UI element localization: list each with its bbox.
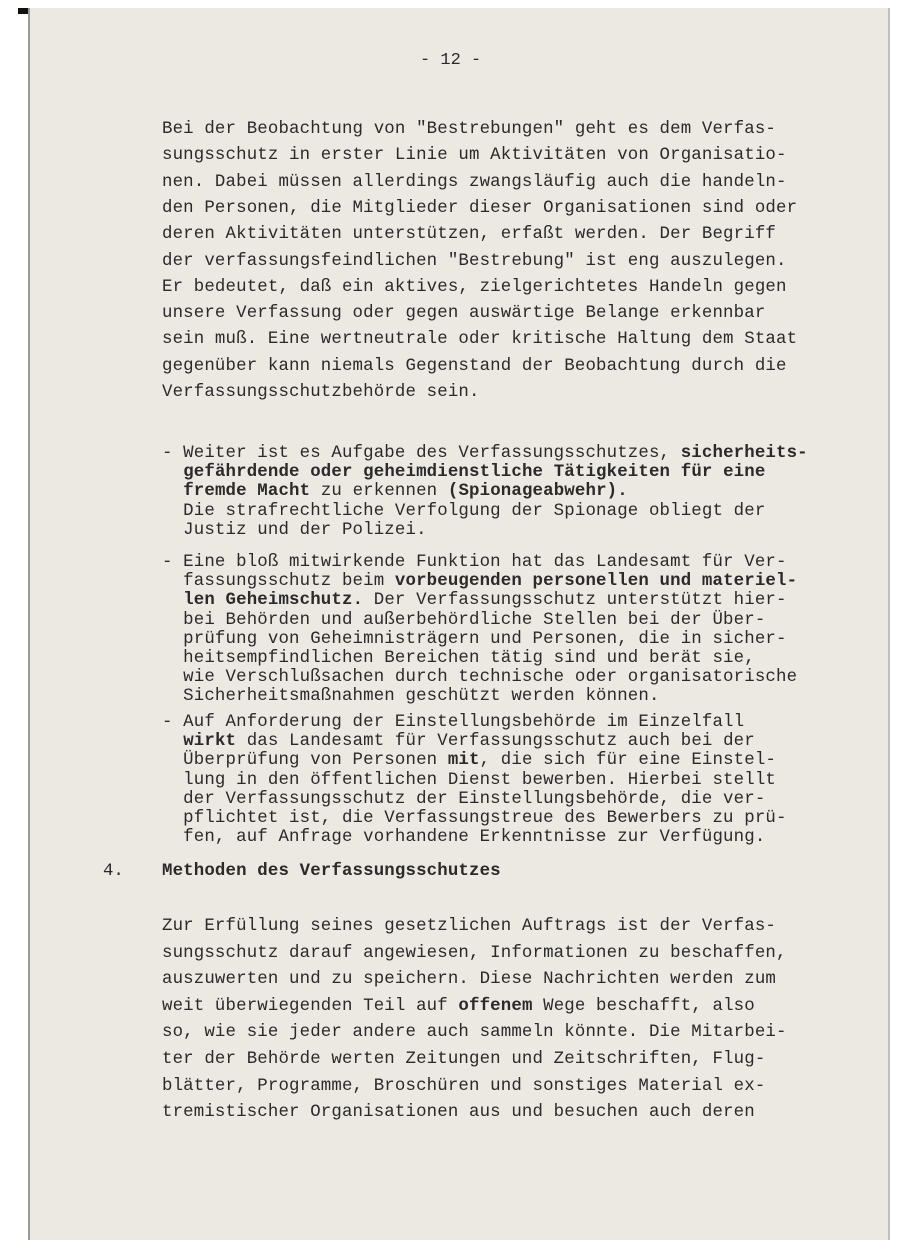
text-run: weit überwiegenden Teil auf <box>162 997 458 1016</box>
text-run: tremistischer Organisationen aus und bes… <box>162 1103 755 1122</box>
text-line: gegenüber kann niemals Gegenstand der Be… <box>162 357 787 377</box>
bullet-line: Die strafrechtliche Verfolgung der Spion… <box>162 502 765 522</box>
bullet-line: Justiz und der Polizei. <box>162 521 427 541</box>
text-run: - Auf Anforderung der Einstellungsbehörd… <box>162 713 744 732</box>
text-line: den Personen, die Mitglieder dieser Orga… <box>162 199 797 219</box>
text-line: Verfassungsschutzbehörde sein. <box>162 383 480 403</box>
bullet-line: len Geheimschutz. Der Verfassungsschutz … <box>162 591 787 611</box>
text-line: Zur Erfüllung seines gesetzlichen Auftra… <box>162 917 776 937</box>
bullet-line: wirkt das Landesamt für Verfassungsschut… <box>162 732 755 752</box>
text-run: - Weiter ist es Aufgabe des Verfassungss… <box>162 444 681 463</box>
bullet-line: bei Behörden und außerbehördliche Stelle… <box>162 611 765 631</box>
text-run: Die strafrechtliche Verfolgung der Spion… <box>162 502 765 521</box>
bullet-line: fen, auf Anfrage vorhandene Erkenntnisse… <box>162 828 765 848</box>
text-line: deren Aktivitäten unterstützen, erfaßt w… <box>162 225 776 245</box>
bullet-line: Sicherheitsmaßnahmen geschützt werden kö… <box>162 687 660 707</box>
text-run <box>162 591 183 610</box>
text-line: blätter, Programme, Broschüren und sonst… <box>162 1077 765 1097</box>
text-run: - Eine bloß mitwirkende Funktion hat das… <box>162 553 787 572</box>
bullet-line: heitsempfindlichen Bereichen tätig sind … <box>162 649 755 669</box>
text-run: bei Behörden und außerbehördliche Stelle… <box>162 611 765 630</box>
text-run: blätter, Programme, Broschüren und sonst… <box>162 1077 765 1096</box>
text-run: zu erkennen <box>310 482 448 501</box>
text-run: wie Verschlußsachen durch technische ode… <box>162 668 797 687</box>
text-run: lung in den öffentlichen Dienst bewerben… <box>162 771 776 790</box>
text-run: pflichtet ist, die Verfassungstreue des … <box>162 809 787 828</box>
bullet-line: - Weiter ist es Aufgabe des Verfassungss… <box>162 444 808 464</box>
bold-text: mit <box>448 751 480 770</box>
bold-text: gefährdende oder geheimdienstliche Tätig… <box>183 463 765 482</box>
text-run: fen, auf Anfrage vorhandene Erkenntnisse… <box>162 828 765 847</box>
text-run: prüfung von Geheimnisträgern und Persone… <box>162 630 787 649</box>
scan-corner-mark <box>18 8 28 14</box>
text-line: so, wie sie jeder andere auch sammeln kö… <box>162 1023 787 1043</box>
bullet-line: fremde Macht zu erkennen (Spionageabwehr… <box>162 482 628 502</box>
text-run <box>162 463 183 482</box>
text-run: Überprüfung von Personen <box>162 751 448 770</box>
text-run <box>162 482 183 501</box>
bullet-line: pflichtet ist, die Verfassungstreue des … <box>162 809 787 829</box>
bold-text: sicherheits- <box>681 444 808 463</box>
bullet-line: prüfung von Geheimnisträgern und Persone… <box>162 630 787 650</box>
text-line: tremistischer Organisationen aus und bes… <box>162 1103 755 1123</box>
bullet-line: Überprüfung von Personen mit, die sich f… <box>162 751 776 771</box>
page-number: - 12 - <box>420 51 481 70</box>
bold-text: vorbeugenden personellen und materiel- <box>395 572 797 591</box>
bullet-line: - Auf Anforderung der Einstellungsbehörd… <box>162 713 744 733</box>
bold-text: offenem <box>458 997 532 1016</box>
bold-text: len Geheimschutz. <box>183 591 363 610</box>
text-run: Zur Erfüllung seines gesetzlichen Auftra… <box>162 917 776 936</box>
text-line: Er bedeutet, daß ein aktives, zielgerich… <box>162 278 787 298</box>
bullet-line: fassungsschutz beim vorbeugenden persone… <box>162 572 797 592</box>
bold-text: (Spionageabwehr). <box>448 482 628 501</box>
text-run: so, wie sie jeder andere auch sammeln kö… <box>162 1023 787 1042</box>
text-line: auszuwerten und zu speichern. Diese Nach… <box>162 970 776 990</box>
text-run: Wege beschafft, also <box>533 997 755 1016</box>
text-run: fassungsschutz beim <box>162 572 395 591</box>
text-run: der Verfassungsschutz der Einstellungsbe… <box>162 790 765 809</box>
text-run: Der Verfassungsschutz unterstützt hier- <box>363 591 786 610</box>
text-line: der verfassungsfeindlichen "Bestrebung" … <box>162 252 787 272</box>
text-run: ter der Behörde werten Zeitungen und Zei… <box>162 1050 765 1069</box>
text-run: , die sich für eine Einstel- <box>480 751 776 770</box>
bullet-line: wie Verschlußsachen durch technische ode… <box>162 668 797 688</box>
text-run: heitsempfindlichen Bereichen tätig sind … <box>162 649 755 668</box>
bullet-line: lung in den öffentlichen Dienst bewerben… <box>162 771 776 791</box>
bold-text: wirkt <box>183 732 236 751</box>
bullet-line: - Eine bloß mitwirkende Funktion hat das… <box>162 553 787 573</box>
text-run: Justiz und der Polizei. <box>162 521 427 540</box>
text-line: weit überwiegenden Teil auf offenem Wege… <box>162 997 755 1017</box>
section-number: 4. <box>103 862 124 881</box>
section-heading: Methoden des Verfassungsschutzes <box>162 862 501 882</box>
text-line: sungsschutz darauf angewiesen, Informati… <box>162 944 787 964</box>
bold-text: fremde Macht <box>183 482 310 501</box>
text-line: Bei der Beobachtung von "Bestrebungen" g… <box>162 120 776 140</box>
text-line: sein muß. Eine wertneutrale oder kritisc… <box>162 330 797 350</box>
text-line: sungsschutz in erster Linie um Aktivität… <box>162 146 787 166</box>
text-run: Sicherheitsmaßnahmen geschützt werden kö… <box>162 687 660 706</box>
text-run: das Landesamt für Verfassungsschutz auch… <box>236 732 755 751</box>
text-line: nen. Dabei müssen allerdings zwangsläufi… <box>162 173 787 193</box>
bullet-line: der Verfassungsschutz der Einstellungsbe… <box>162 790 765 810</box>
text-line: ter der Behörde werten Zeitungen und Zei… <box>162 1050 765 1070</box>
text-line: unsere Verfassung oder gegen auswärtige … <box>162 304 765 324</box>
text-run: sungsschutz darauf angewiesen, Informati… <box>162 944 787 963</box>
text-run: auszuwerten und zu speichern. Diese Nach… <box>162 970 776 989</box>
text-run <box>162 732 183 751</box>
bullet-line: gefährdende oder geheimdienstliche Tätig… <box>162 463 765 483</box>
